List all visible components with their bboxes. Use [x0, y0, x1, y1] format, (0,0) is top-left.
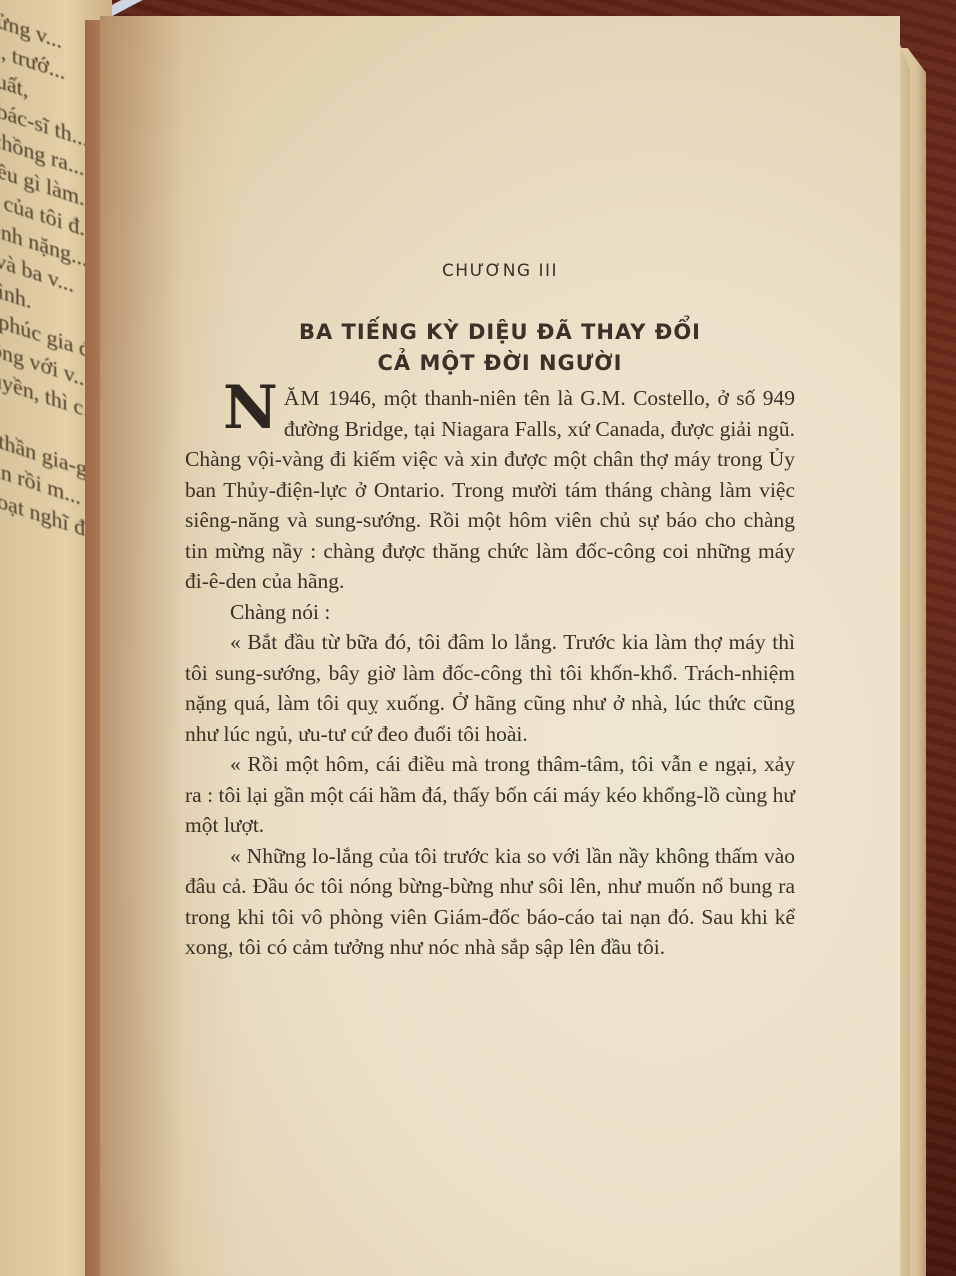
right-page: CHƯƠNG III BA TIẾNG KỲ DIỆU ĐÃ THAY ĐỔI …	[100, 16, 900, 1276]
paragraph-2: Chàng nói :	[185, 597, 795, 628]
chapter-title-line-2: CẢ MỘT ĐỜI NGƯỜI	[205, 348, 795, 379]
chapter-title: BA TIẾNG KỲ DIỆU ĐÃ THAY ĐỔI CẢ MỘT ĐỜI …	[205, 317, 795, 379]
chapter-label: CHƯƠNG III	[205, 261, 795, 281]
paragraph-4: « Rồi một hôm, cái điều mà trong thâm-tâ…	[185, 749, 795, 841]
first-word-caps: ĂM	[284, 386, 321, 410]
paragraph-1: NĂM 1946, một thanh-niên tên là G.M. Cos…	[185, 383, 795, 597]
chapter-title-line-1: BA TIẾNG KỲ DIỆU ĐÃ THAY ĐỔI	[205, 317, 795, 348]
paragraph-3: « Bắt đầu từ bữa đó, tôi đâm lo lắng. Tr…	[185, 627, 795, 749]
chapter-body: NĂM 1946, một thanh-niên tên là G.M. Cos…	[185, 383, 795, 963]
drop-cap: N	[223, 385, 278, 431]
paragraph-5: « Những lo-lắng của tôi trước kia so với…	[185, 841, 795, 963]
page-content: CHƯƠNG III BA TIẾNG KỲ DIỆU ĐÃ THAY ĐỔI …	[185, 261, 795, 963]
